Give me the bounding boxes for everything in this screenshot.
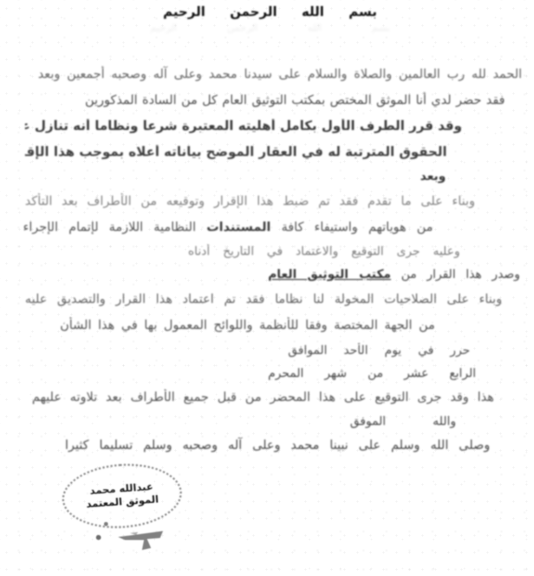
text-line: الحقوق المترتبة له في العقار الموضح بيان… bbox=[25, 145, 447, 160]
text-line: هذا وقد جرى التوقيع على هذا المحضر من قب… bbox=[32, 389, 494, 404]
text-line: الرابع عشر من شهر المحرم bbox=[268, 366, 476, 380]
text-line: وبناء على ما تقدم فقد تم ضبط هذا الإقرار… bbox=[25, 193, 475, 208]
text-line: فقد حضر لدي أنا الموثق المختص بمكتب التو… bbox=[85, 92, 505, 107]
faint-bleedthrough-line: بسم الله الرحمن الرحيم bbox=[150, 23, 390, 36]
bold-text-segment: المستندات bbox=[206, 219, 270, 234]
ink-dot bbox=[96, 535, 101, 540]
text-segment: وصدر هذا القرار من bbox=[401, 267, 520, 281]
signature-mark bbox=[116, 526, 168, 554]
scanned-document-page: بسم الله الرحمن الرحيم بسم الله الرحمن ا… bbox=[0, 0, 534, 576]
text-line: والله الموفق bbox=[350, 414, 456, 428]
text-line: من هوياتهم واستيفاء كافة المستندات النظا… bbox=[23, 219, 433, 234]
text-segment: من هوياتهم واستيفاء كافة bbox=[281, 219, 433, 234]
underlined-heading-line: وصدر هذا القرار من مكتب التوثيق العام bbox=[268, 267, 520, 281]
text-line: وبناء على الصلاحيات المخولة لنا نظاما فق… bbox=[25, 291, 502, 306]
text-line: من الجهة المختصة وفقا للأنظمة واللوائح ا… bbox=[60, 317, 435, 332]
underlined-bold-segment: مكتب التوثيق العام bbox=[268, 267, 391, 281]
text-line: وصلى الله وسلم على نبينا محمد وعلى آله و… bbox=[65, 437, 490, 452]
notary-stamp-seal: عبدالله محمد الموثق المعتمد bbox=[60, 460, 184, 532]
text-line: وقد قرر الطرف الأول بكامل أهليته المعتبر… bbox=[25, 119, 462, 134]
text-line: الحمد لله رب العالمين والصلاة والسلام عل… bbox=[38, 66, 522, 81]
document-title: بسم الله الرحمن الرحيم bbox=[163, 5, 377, 25]
isolated-word: وبعد bbox=[408, 169, 458, 183]
text-line: حرر في يوم الأحد الموافق bbox=[288, 343, 470, 357]
text-line: وعليه جرى التوقيع والاعتماد في التاريخ أ… bbox=[188, 244, 460, 258]
text-segment: النظامية اللازمة لإتمام الإجراء bbox=[23, 219, 196, 234]
stamp-title-line: الموثق المعتمد bbox=[86, 494, 159, 510]
signature-flourish-icon bbox=[116, 526, 168, 554]
ink-dot bbox=[104, 522, 108, 526]
